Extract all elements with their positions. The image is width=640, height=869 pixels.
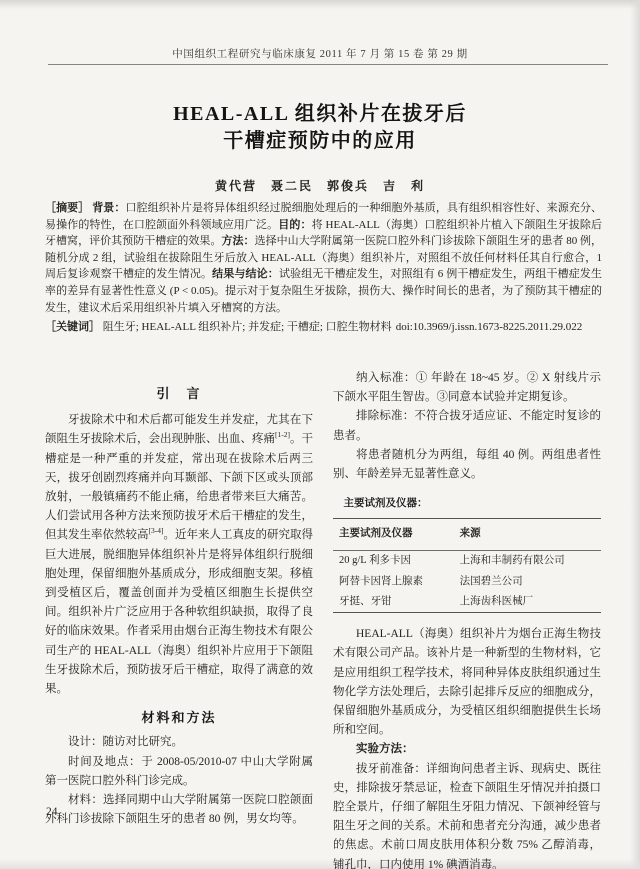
abstract-objective-label: 目的： (278, 219, 311, 231)
abstract-label: ［摘要］ (45, 202, 89, 214)
abstract-block: ［摘要］ 背景：口腔组织补片是将异体组织经过脱细胞处理后的一种细胞外基质，具有组… (45, 200, 602, 336)
design-paragraph: 设计：随访对比研究。 (45, 733, 313, 752)
time-place-paragraph: 时间及地点：于 2008-05/2010-07 中山大学附属第一医院口腔外科门诊… (45, 753, 313, 791)
doi-text: doi:10.3969/j.issn.1673-8225.2011.29.022 (392, 321, 583, 333)
table-cell-reagent: 牙挺、牙钳 (333, 592, 454, 613)
title-line-2: 干槽症预防中的应用 (223, 130, 417, 152)
table-cell-source: 上海齿科医械厂 (454, 592, 601, 613)
table-header-row: 主要试剂及仪器 来源 (333, 519, 601, 550)
authors-line: 黄代营 聂二民 郭俊兵 吉 利 (0, 177, 640, 194)
table-cell-reagent: 20 g/L 利多卡因 (333, 550, 454, 571)
table-cell-reagent: 阿替卡因肾上腺素 (333, 571, 454, 592)
intro-text-1: 牙拔除术中和术后都可能发生并发症，尤其在下颌阻生牙拔除术后，会出现肿胀、出血、疼… (45, 414, 313, 445)
introduction-paragraph: 牙拔除术中和术后都可能发生并发症，尤其在下颌阻生牙拔除术后，会出现肿胀、出血、疼… (45, 411, 313, 699)
table-row: 20 g/L 利多卡因 上海和丰制药有限公司 (333, 550, 601, 571)
exclusion-criteria-paragraph: 排除标准：不符合拔牙适应证、不能定时复诊的患者。 (333, 407, 601, 445)
grouping-paragraph: 将患者随机分为两组，每组 40 例。两组患者性别、年龄差异无显著性意义。 (333, 446, 601, 484)
journal-header: 中国组织工程研究与临床康复 2011 年 7 月 第 15 卷 第 29 期 (0, 46, 640, 61)
table-header-source: 来源 (454, 519, 601, 550)
table-row: 牙挺、牙钳 上海齿科医械厂 (333, 592, 601, 613)
abstract-methods-label: 方法： (221, 235, 254, 247)
section-heading-methods: 材料和方法 (45, 708, 313, 727)
abstract-background-label: 背景： (92, 202, 125, 214)
table-cell-source: 法国碧兰公司 (454, 571, 601, 592)
two-column-body: 引 言 牙拔除术中和术后都可能发生并发症，尤其在下颌阻生牙拔除术后，会出现肿胀、… (45, 369, 602, 869)
abstract-paragraph: ［摘要］ 背景：口腔组织补片是将异体组织经过脱细胞处理后的一种细胞外基质，具有组… (45, 200, 602, 316)
table-row: 阿替卡因肾上腺素 法国碧兰公司 (333, 571, 601, 592)
table-header-reagent: 主要试剂及仪器 (333, 519, 454, 550)
citation-ref-2: [3-4] (149, 527, 164, 536)
experiment-method-label: 实验方法： (333, 740, 601, 759)
keywords-label: ［关键词］ (45, 321, 100, 333)
reagents-table-caption: 主要试剂及仪器： (333, 494, 601, 513)
pre-extraction-paragraph: 拔牙前准备：详细询问患者主诉、现病史、既往史，排除拔牙禁忌证，检查下颌阻生牙情况… (333, 760, 601, 869)
section-heading-introduction: 引 言 (45, 384, 313, 403)
left-column: 引 言 牙拔除术中和术后都可能发生并发症，尤其在下颌阻生牙拔除术后，会出现肿胀、… (45, 369, 313, 869)
table-cell-source: 上海和丰制药有限公司 (454, 550, 601, 571)
title-line-1: HEAL-ALL 组织补片在拔牙后 (173, 103, 467, 125)
page-title: HEAL-ALL 组织补片在拔牙后 干槽症预防中的应用 (0, 101, 640, 155)
citation-ref-1: [1-2] (275, 431, 290, 440)
materials-paragraph: 材料：选择同期中山大学附属第一医院口腔颌面外科门诊拔除下颌阻生牙的患者 80 例… (45, 791, 313, 829)
keywords-text: 阻生牙; HEAL-ALL 组织补片; 并发症; 干槽症; 口腔生物材料 (103, 321, 392, 333)
right-column: 纳入标准：① 年龄在 18~45 岁。② X 射线片示下颌水平阻生智齿。③同意本… (333, 369, 601, 869)
abstract-results-label: 结果与结论： (212, 268, 279, 280)
inclusion-criteria-paragraph: 纳入标准：① 年龄在 18~45 岁。② X 射线片示下颌水平阻生智齿。③同意本… (333, 369, 601, 407)
page-number: 24 (46, 806, 58, 818)
intro-text-2: 。干槽症是一种严重的并发症，常出现在拔除术后两三天，拔牙创剧烈疼痛并向耳颞部、下… (45, 433, 313, 541)
scan-edge-top (0, 0, 640, 9)
intro-text-3: 。近年来人工真皮的研究取得巨大进展，脱细胞异体组织补片是将异体组织行脱细胞处理，… (45, 529, 313, 695)
reagents-table: 主要试剂及仪器 来源 20 g/L 利多卡因 上海和丰制药有限公司 阿替卡因肾上… (333, 518, 601, 613)
heal-all-description-paragraph: HEAL-ALL（海奥）组织补片为烟台正海生物技术有限公司产品。该补片是一种新型… (333, 625, 601, 740)
keywords-line: ［关键词］ 阻生牙; HEAL-ALL 组织补片; 并发症; 干槽症; 口腔生物… (45, 319, 602, 336)
header-rule (48, 64, 608, 65)
